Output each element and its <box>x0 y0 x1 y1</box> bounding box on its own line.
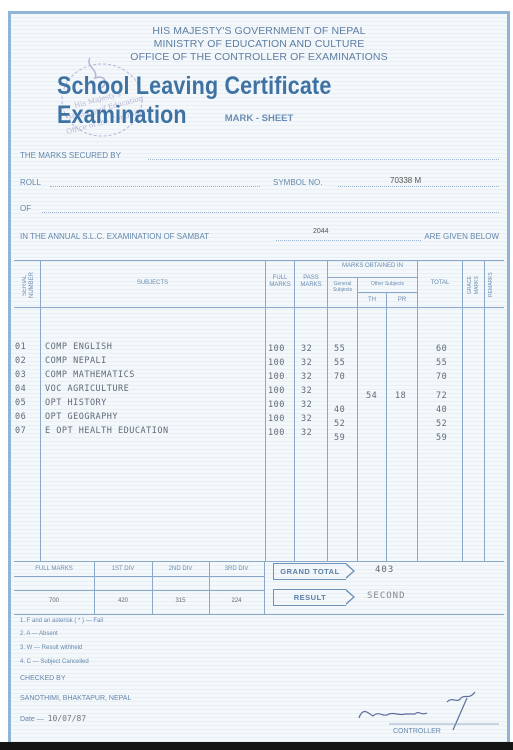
serial-number-header: SERIAL NUMBER <box>22 269 34 301</box>
marks-secured-by-row: THE MARKS SECURED BY <box>20 151 499 160</box>
sambat-row: IN THE ANNUAL S.L.C. EXAMINATION OF SAMB… <box>20 232 499 241</box>
office-line: OFFICE OF THE CONTROLLER OF EXAMINATIONS <box>11 51 507 63</box>
sambat-label: IN THE ANNUAL S.L.C. EXAMINATION OF SAMB… <box>20 232 209 241</box>
date-row: Date — 10/07/87 <box>20 714 86 723</box>
ministry-line: MINISTRY OF EDUCATION AND CULTURE <box>11 38 507 50</box>
symbol-line <box>338 186 499 187</box>
first-div-label: 1ST DIV <box>94 566 152 572</box>
marks-secured-by-label: THE MARKS SECURED BY <box>20 151 121 160</box>
third-div-value: 224 <box>209 598 264 604</box>
note-withheld: 3. W — Result withheld <box>20 645 82 651</box>
school-row: OF <box>20 204 499 213</box>
other-subjects-header: Other Subjects <box>358 281 417 288</box>
grand-total-value: 403 <box>375 565 394 575</box>
note-absent: 2. A — Absent <box>20 631 58 637</box>
note-cancelled: 4. C — Subject Cancelled <box>20 659 89 665</box>
remarks-header: REMARKS <box>488 267 500 303</box>
grand-total-label: GRAND TOTAL <box>273 563 346 580</box>
subjects-header: SUBJECTS <box>40 280 265 287</box>
mark-sheet: His Majesty's Ministry of Education Offi… <box>8 11 510 745</box>
pass-marks-header: PASS MARKS <box>295 275 327 289</box>
symbol-no-value: 70338 M <box>390 176 421 185</box>
controller-label: CONTROLLER <box>393 728 441 735</box>
th-header: TH <box>358 297 386 304</box>
note-fail: 1. F and an asterisk ( * ) — Fail <box>20 618 103 624</box>
roll-row: ROLL SYMBOL NO. 70338 M <box>20 178 499 187</box>
school-line <box>42 212 499 213</box>
date-label: Date <box>20 716 35 723</box>
marks-obtained-header: MARKS OBTAINED IN <box>328 263 417 270</box>
given-below-label: ARE GIVEN BELOW <box>424 232 499 241</box>
photo-edge <box>0 742 513 750</box>
roll-line <box>50 186 260 187</box>
third-div-label: 3RD DIV <box>209 566 264 572</box>
result-value: SECOND <box>367 591 406 601</box>
total-header: TOTAL <box>418 280 462 287</box>
general-subjects-header: General Subjects <box>328 281 357 293</box>
government-line: HIS MAJESTY'S GOVERNMENT OF NEPAL <box>11 25 507 37</box>
sambat-value: 2044 <box>313 228 329 235</box>
marks-table: SERIAL NUMBER SUBJECTS FULL MARKS PASS M… <box>14 260 504 562</box>
second-div-label: 2ND DIV <box>152 566 209 572</box>
location-text: SANOTHIMI, BHAKTAPUR, NEPAL <box>20 695 131 702</box>
grace-marks-header: GRACE MARKS <box>467 267 479 303</box>
division-table: FULL MARKS 1ST DIV 2ND DIV 3RD DIV 700 4… <box>14 562 264 614</box>
name-line <box>148 159 499 160</box>
first-div-value: 420 <box>94 598 152 604</box>
symbol-no-label: SYMBOL NO. <box>273 178 323 187</box>
pr-header: PR <box>387 297 417 304</box>
second-div-value: 315 <box>152 598 209 604</box>
result-label: RESULT <box>273 589 346 606</box>
sambat-line <box>276 240 421 241</box>
document-subtitle: MARK - SHEET <box>11 113 507 124</box>
date-value: 10/07/87 <box>48 714 87 723</box>
of-label: OF <box>20 204 31 213</box>
full-marks-header: FULL MARKS <box>266 275 294 289</box>
roll-label: ROLL <box>20 178 41 187</box>
full-marks-value: 700 <box>14 598 94 604</box>
checked-by-label: CHECKED BY <box>20 675 66 682</box>
controller-signature-icon <box>349 684 499 734</box>
full-marks-label: FULL MARKS <box>14 566 94 572</box>
